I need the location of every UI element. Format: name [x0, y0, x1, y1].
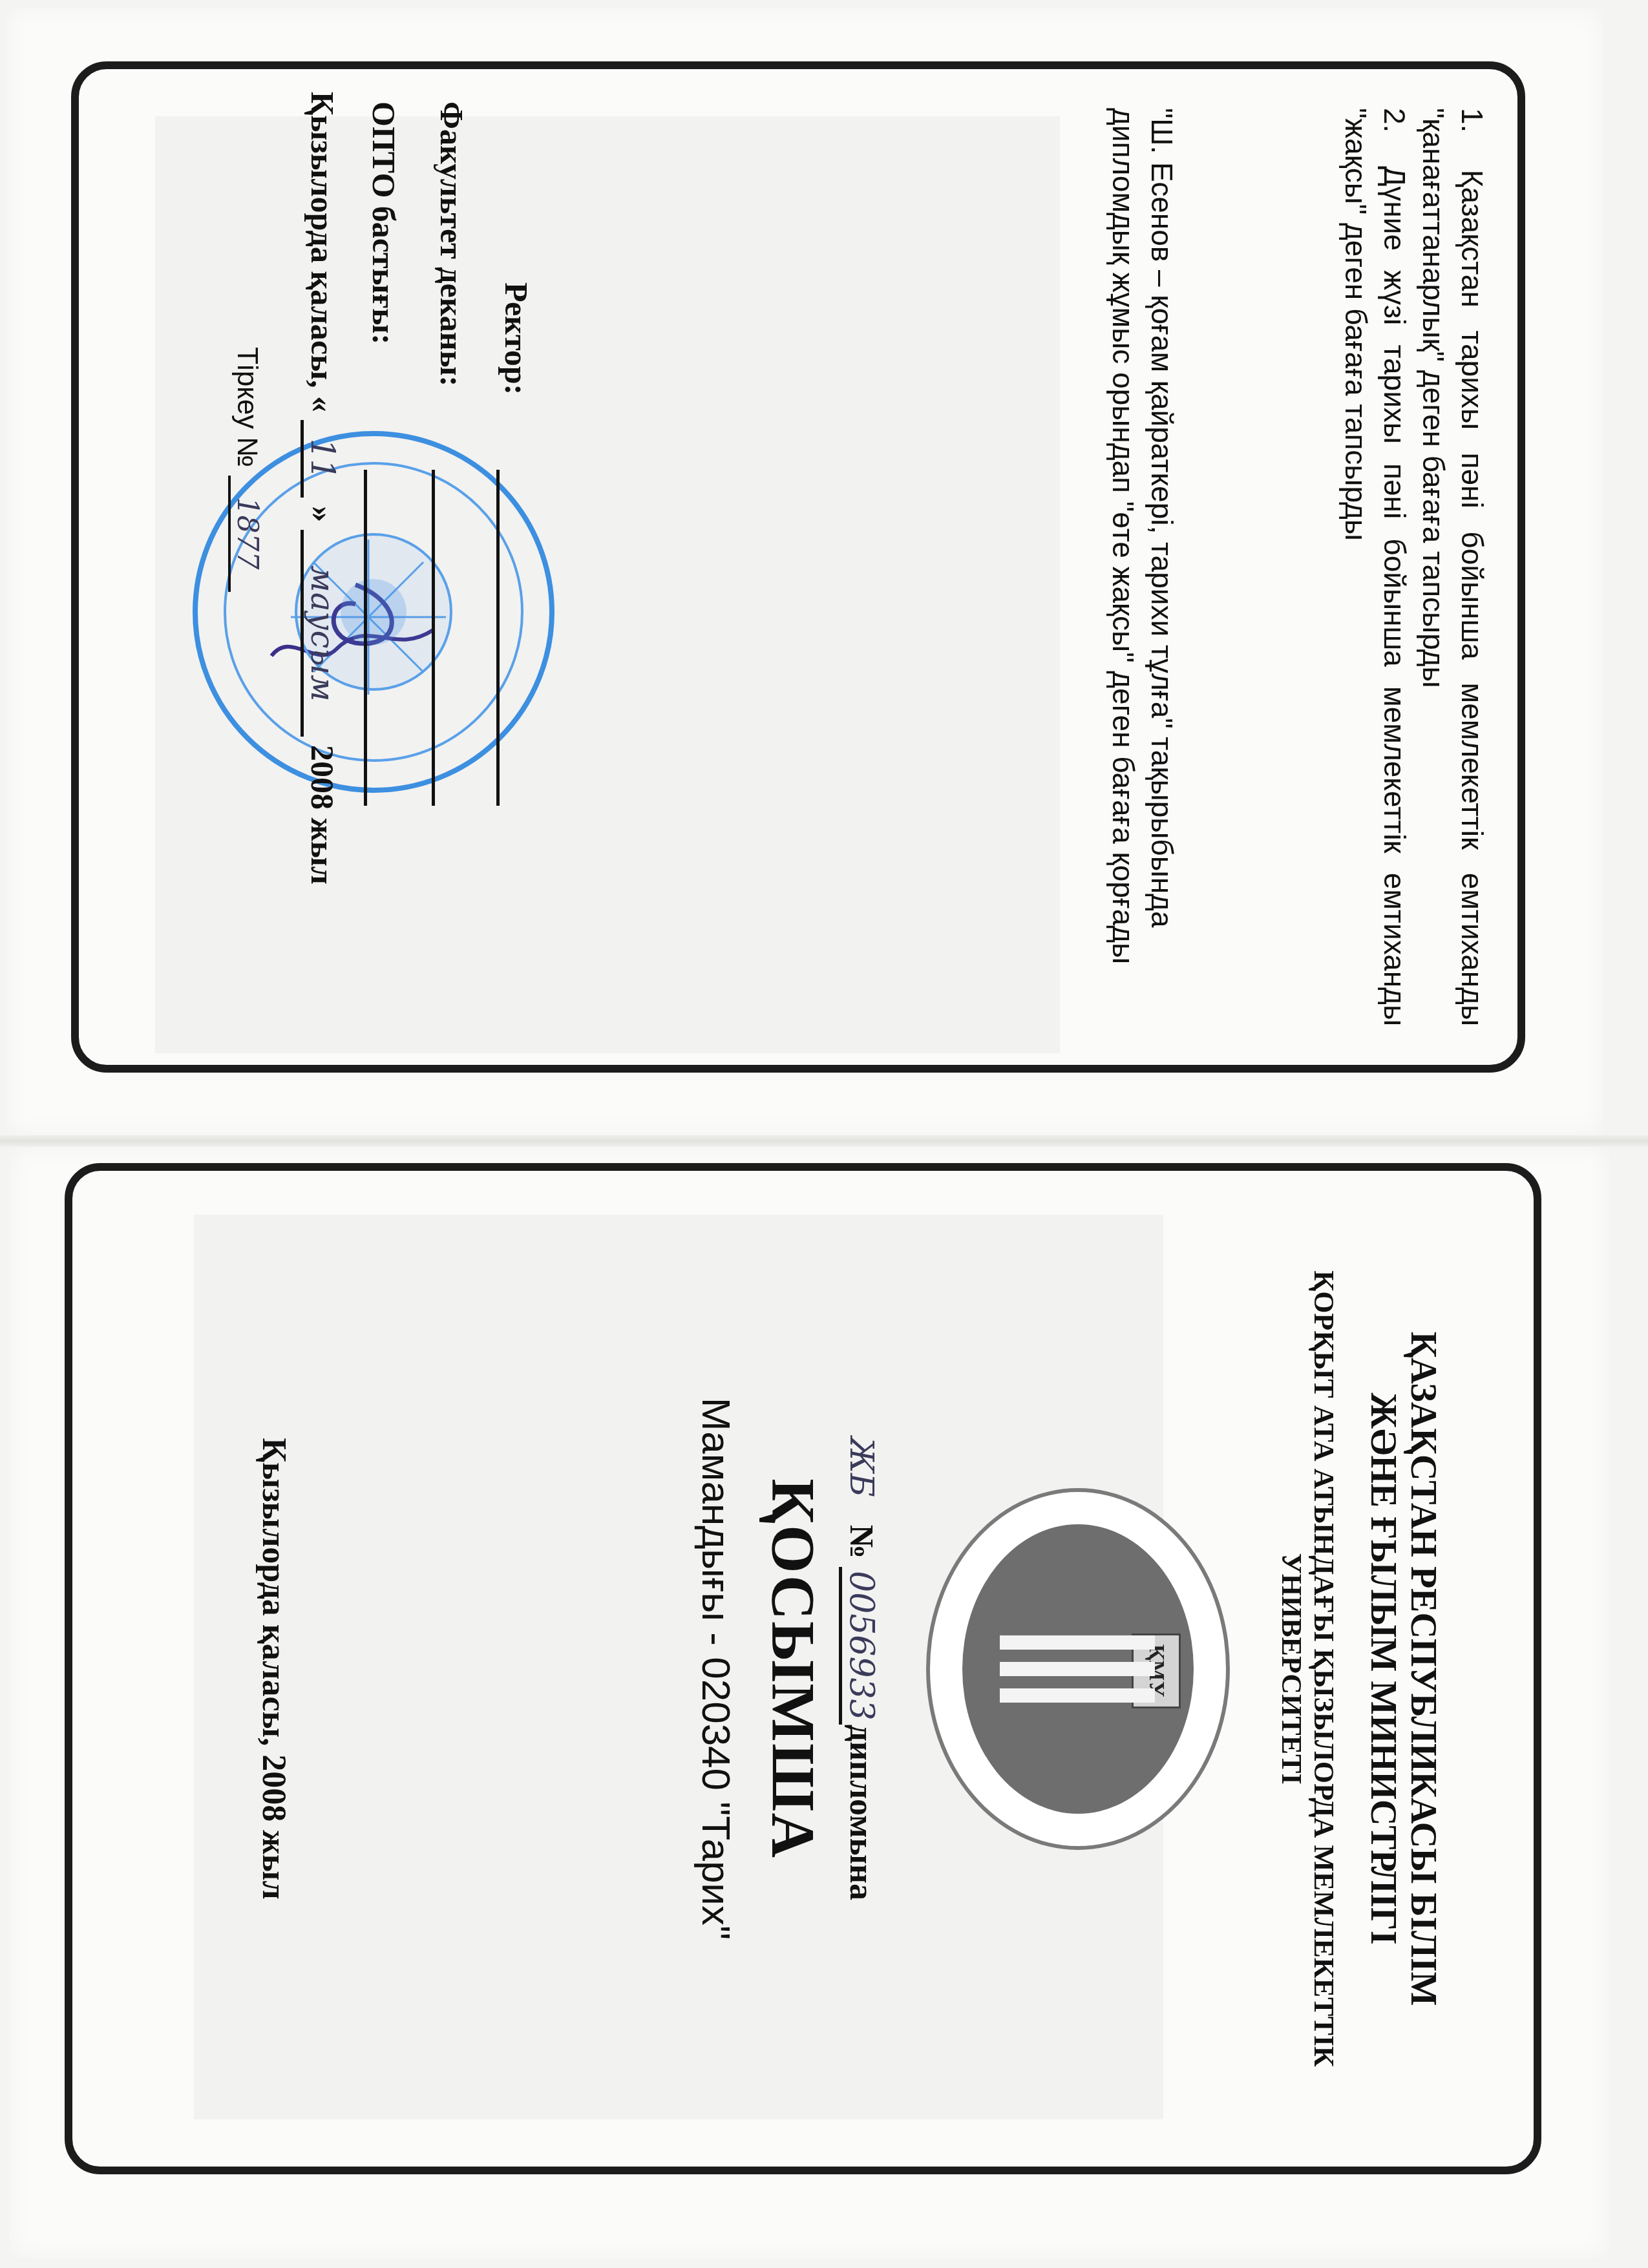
registration-number: Тіркеу № 1877 — [228, 347, 264, 592]
exam-result-item: 2. Дүние жүзі тарихы пәні бойынша мемлек… — [1336, 108, 1414, 1026]
date-prefix: Қызылорда қаласы, « — [304, 92, 341, 412]
registration-value: 1877 — [228, 476, 264, 592]
issue-date: Қызылорда қаласы, « 11 » маусым 2008 жыл — [301, 92, 341, 885]
university-emblem-icon: ҚМУ — [926, 1488, 1230, 1850]
date-day: 11 — [301, 420, 341, 498]
diploma-number-line: ЖБ № 0056933дипломына — [842, 1171, 881, 2167]
cover-page-frame: ҚАЗАҚСТАН РЕСПУБЛИКАСЫ БІЛІМ ЖӘНЕ ҒЫЛЫМ … — [65, 1163, 1541, 2174]
diploma-number: 0056933 — [839, 1567, 881, 1725]
emblem-columns — [987, 1630, 1155, 1708]
date-month: маусым — [301, 530, 341, 737]
ministry-line-2: ЖӘНЕ ҒЫЛЫМ МИНИСТРЛІГІ — [1363, 1171, 1403, 2167]
dean-label: Факультет деканы: — [433, 101, 470, 386]
rector-label: Ректор: — [498, 282, 535, 395]
university-line-2: УНИВЕРСИТЕТІ — [1275, 1171, 1307, 2167]
dean-signature-line — [432, 470, 435, 806]
number-sign: № — [843, 1525, 880, 1559]
university-name: ҚОРҚЫТ АТА АТЫНДАҒЫ ҚЫЗЫЛОРДА МЕМЛЕКЕТТІ… — [1275, 1171, 1340, 2167]
rector-signature-line — [496, 470, 500, 806]
fold-crease — [0, 1135, 1648, 1147]
ministry-name: ҚАЗАҚСТАН РЕСПУБЛИКАСЫ БІЛІМ ЖӘНЕ ҒЫЛЫМ … — [1363, 1171, 1443, 2167]
city-year: Қызылорда қаласы, 2008 жыл — [255, 1171, 293, 2167]
inner-page-frame: 1. Қазақстан тарихы пәні бойынша мемлеке… — [71, 61, 1525, 1073]
opto-signature-line — [364, 470, 367, 806]
diploma-series: ЖБ — [843, 1437, 880, 1497]
exam-results-list: 1. Қазақстан тарихы пәні бойынша мемлеке… — [1336, 108, 1492, 1026]
diploma-suffix: дипломына — [843, 1725, 880, 1900]
exam-number: 2. — [1375, 108, 1414, 147]
date-suffix: 2008 жыл — [304, 745, 341, 885]
exam-result-item: 1. Қазақстан тарихы пәні бойынша мемлеке… — [1414, 108, 1492, 1026]
university-line-1: ҚОРҚЫТ АТА АТЫНДАҒЫ ҚЫЗЫЛОРДА МЕМЛЕКЕТТІ… — [1307, 1171, 1340, 2167]
date-mid: » — [304, 506, 341, 522]
opto-head-label: ОПТО бастығы: — [365, 101, 403, 344]
specialty: Мамандығы - 020340 "Тарих" — [693, 1171, 739, 2167]
document-title: ҚОСЫМША — [757, 1171, 829, 2167]
registration-label: Тіркеу № — [231, 347, 263, 467]
exam-number: 1. — [1453, 108, 1492, 147]
ministry-line-1: ҚАЗАҚСТАН РЕСПУБЛИКАСЫ БІЛІМ — [1403, 1171, 1443, 2167]
thesis-defense-text: "Ш. Есенов – қоғам қайраткері, тарихи тұ… — [1104, 108, 1181, 1026]
exam-text: Қазақстан тарихы пәні бойынша мемлекетті… — [1417, 108, 1489, 1026]
exam-text: Дүние жүзі тарихы пәні бойынша мемлекетт… — [1339, 108, 1411, 1026]
signature-block: Ректор: Факультет деканы: ОПТО бастығы: … — [109, 69, 561, 1065]
